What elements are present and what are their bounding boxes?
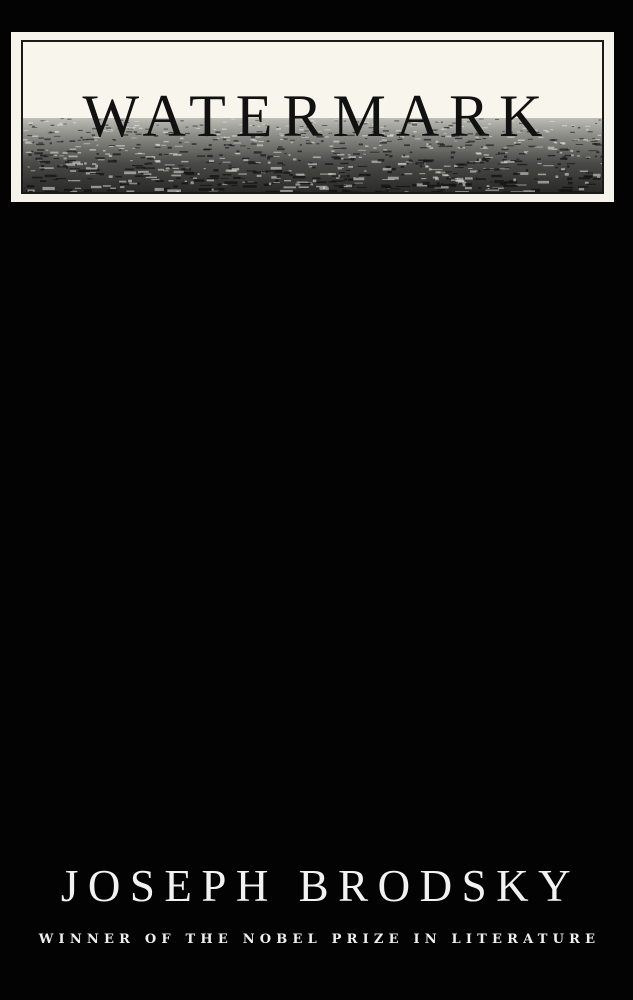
book-title: WATERMARK bbox=[23, 86, 602, 146]
book-cover: WATERMARK JOSEPH BRODSKY WINNER OF THE N… bbox=[0, 0, 633, 1000]
title-frame: WATERMARK bbox=[21, 40, 604, 194]
award-tagline: WINNER OF THE NOBEL PRIZE IN LITERATURE bbox=[0, 931, 633, 949]
title-panel: WATERMARK bbox=[11, 32, 614, 202]
author-name: JOSEPH BRODSKY bbox=[0, 862, 633, 910]
